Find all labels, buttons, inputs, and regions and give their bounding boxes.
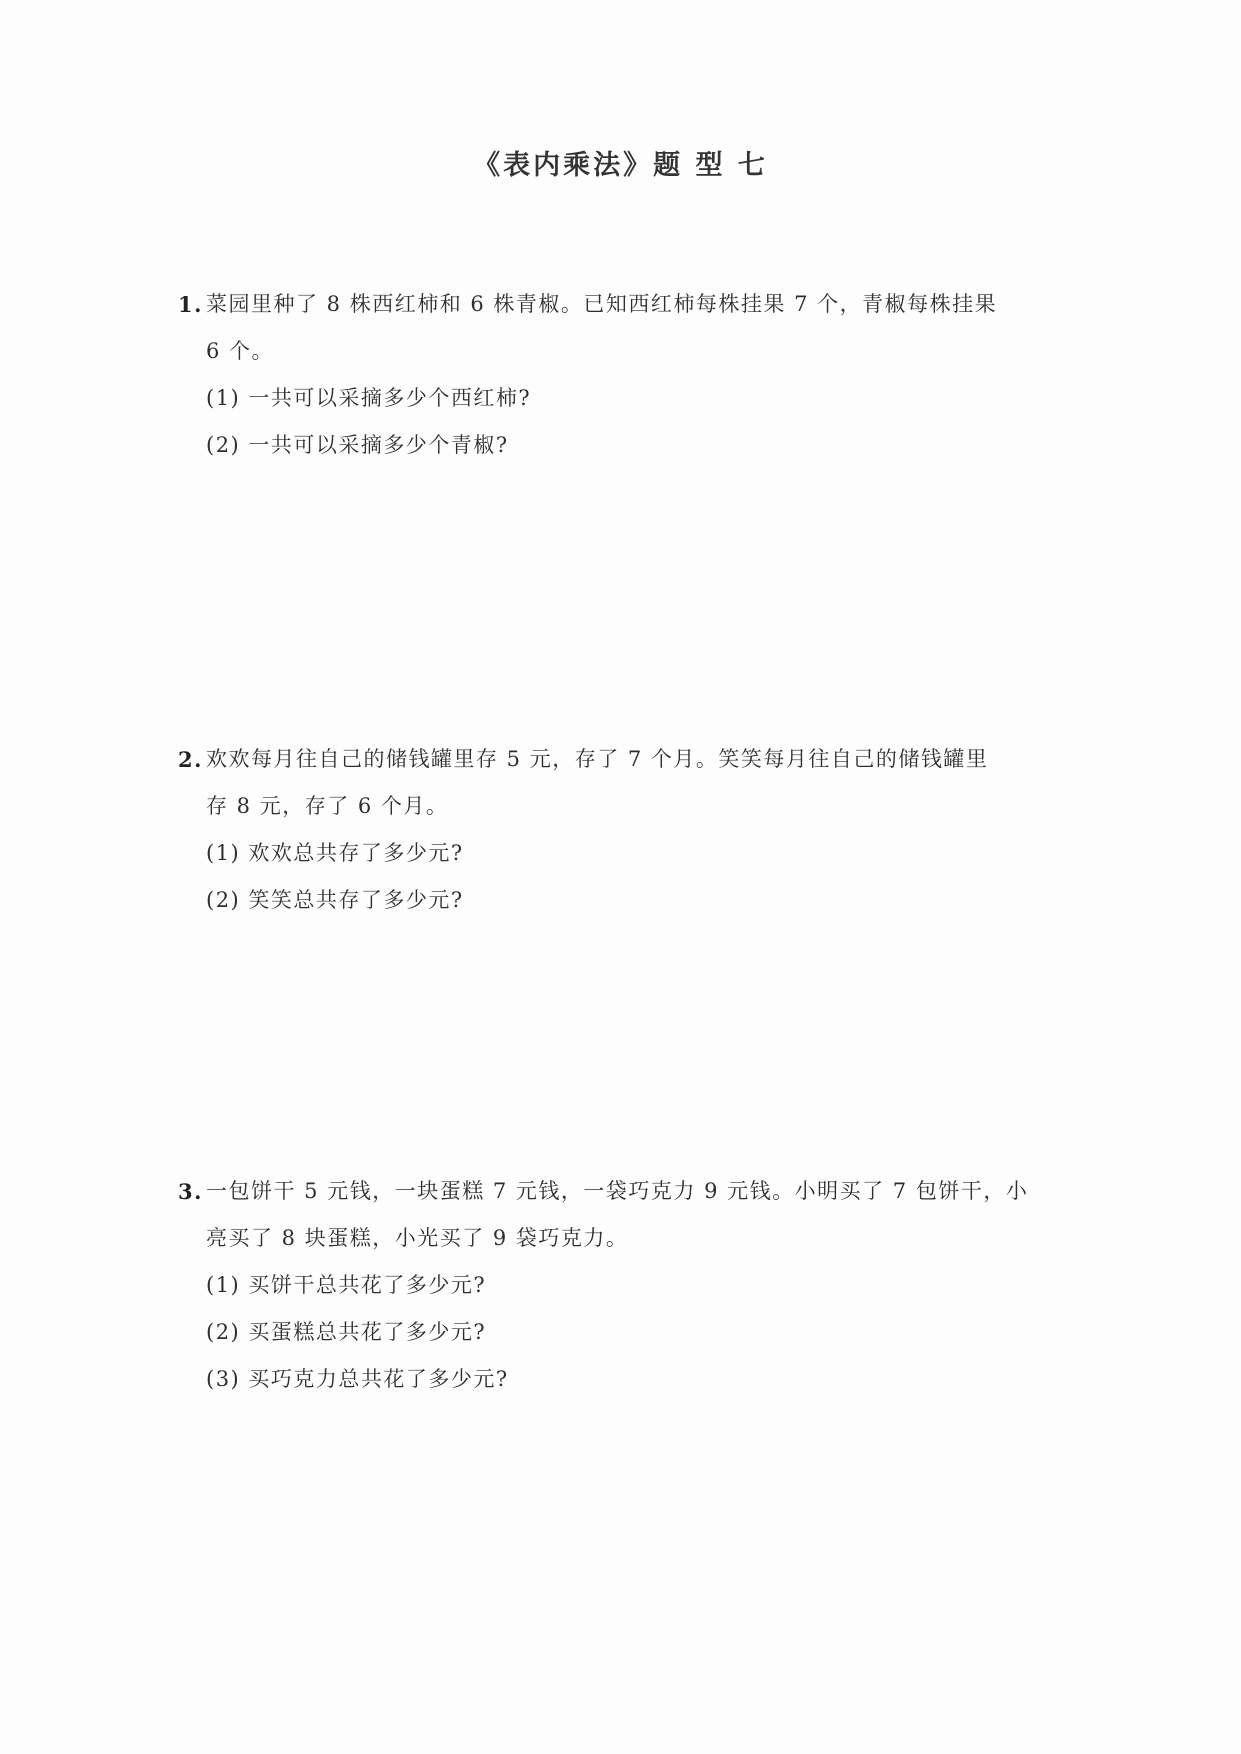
problem-2-question-2: (2) 笑笑总共存了多少元? [206, 877, 1098, 924]
problem-3: 3. 一包饼干 5 元钱，一块蛋糕 7 元钱，一袋巧克力 9 元钱。小明买了 7… [178, 1168, 1098, 1403]
problem-3-statement-line-2: 亮买了 8 块蛋糕，小光买了 9 袋巧克力。 [206, 1215, 1098, 1262]
problem-1-statement-line-2: 6 个。 [206, 328, 1098, 375]
worksheet-title: 《表内乘法》题 型 七 [0, 143, 1241, 182]
problem-2-number: 2. [178, 736, 203, 783]
problem-1-number: 1. [178, 281, 203, 328]
problem-3-number: 3. [178, 1168, 203, 1215]
problem-3-question-2: (2) 买蛋糕总共花了多少元? [206, 1309, 1098, 1356]
problem-3-body: 一包饼干 5 元钱，一块蛋糕 7 元钱，一袋巧克力 9 元钱。小明买了 7 包饼… [206, 1168, 1098, 1403]
problem-2-question-1: (1) 欢欢总共存了多少元? [206, 830, 1098, 877]
problem-2-statement-line-1: 欢欢每月往自己的储钱罐里存 5 元，存了 7 个月。笑笑每月往自己的储钱罐里 [206, 736, 1098, 783]
problem-1-statement-line-1: 菜园里种了 8 株西红柿和 6 株青椒。已知西红柿每株挂果 7 个，青椒每株挂果 [206, 281, 1098, 328]
problem-1-body: 菜园里种了 8 株西红柿和 6 株青椒。已知西红柿每株挂果 7 个，青椒每株挂果… [206, 281, 1098, 469]
problem-2-body: 欢欢每月往自己的储钱罐里存 5 元，存了 7 个月。笑笑每月往自己的储钱罐里 存… [206, 736, 1098, 924]
problem-1-question-2: (2) 一共可以采摘多少个青椒? [206, 422, 1098, 469]
problem-1: 1. 菜园里种了 8 株西红柿和 6 株青椒。已知西红柿每株挂果 7 个，青椒每… [178, 281, 1098, 469]
problem-1-question-1: (1) 一共可以采摘多少个西红柿? [206, 375, 1098, 422]
problem-3-question-3: (3) 买巧克力总共花了多少元? [206, 1356, 1098, 1403]
problem-3-question-1: (1) 买饼干总共花了多少元? [206, 1262, 1098, 1309]
problem-2-statement-line-2: 存 8 元，存了 6 个月。 [206, 783, 1098, 830]
problem-3-statement-line-1: 一包饼干 5 元钱，一块蛋糕 7 元钱，一袋巧克力 9 元钱。小明买了 7 包饼… [206, 1168, 1098, 1215]
worksheet-page: 《表内乘法》题 型 七 1. 菜园里种了 8 株西红柿和 6 株青椒。已知西红柿… [0, 0, 1241, 1754]
problem-2: 2. 欢欢每月往自己的储钱罐里存 5 元，存了 7 个月。笑笑每月往自己的储钱罐… [178, 736, 1098, 924]
